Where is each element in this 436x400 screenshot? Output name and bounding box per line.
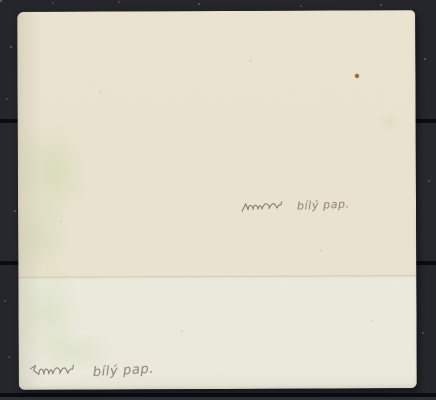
paper-grain-texture [17, 10, 417, 390]
pencil-note-white-paper: bílý pap. [297, 198, 350, 213]
dust-speckles [0, 0, 2, 2]
expert-signature-mark [29, 361, 84, 385]
paper-specks [17, 12, 19, 14]
stamp-paper-reverse: bílý pap. bílý pap. [17, 10, 417, 390]
paper-crease-line [18, 275, 416, 278]
expert-signature-mark [241, 197, 290, 220]
photo-stamp-reverse: { "scene": { "object": "stamp reverse on… [0, 0, 436, 400]
pencil-note-white-paper: bílý pap. [92, 362, 154, 380]
brown-speck [354, 73, 359, 78]
